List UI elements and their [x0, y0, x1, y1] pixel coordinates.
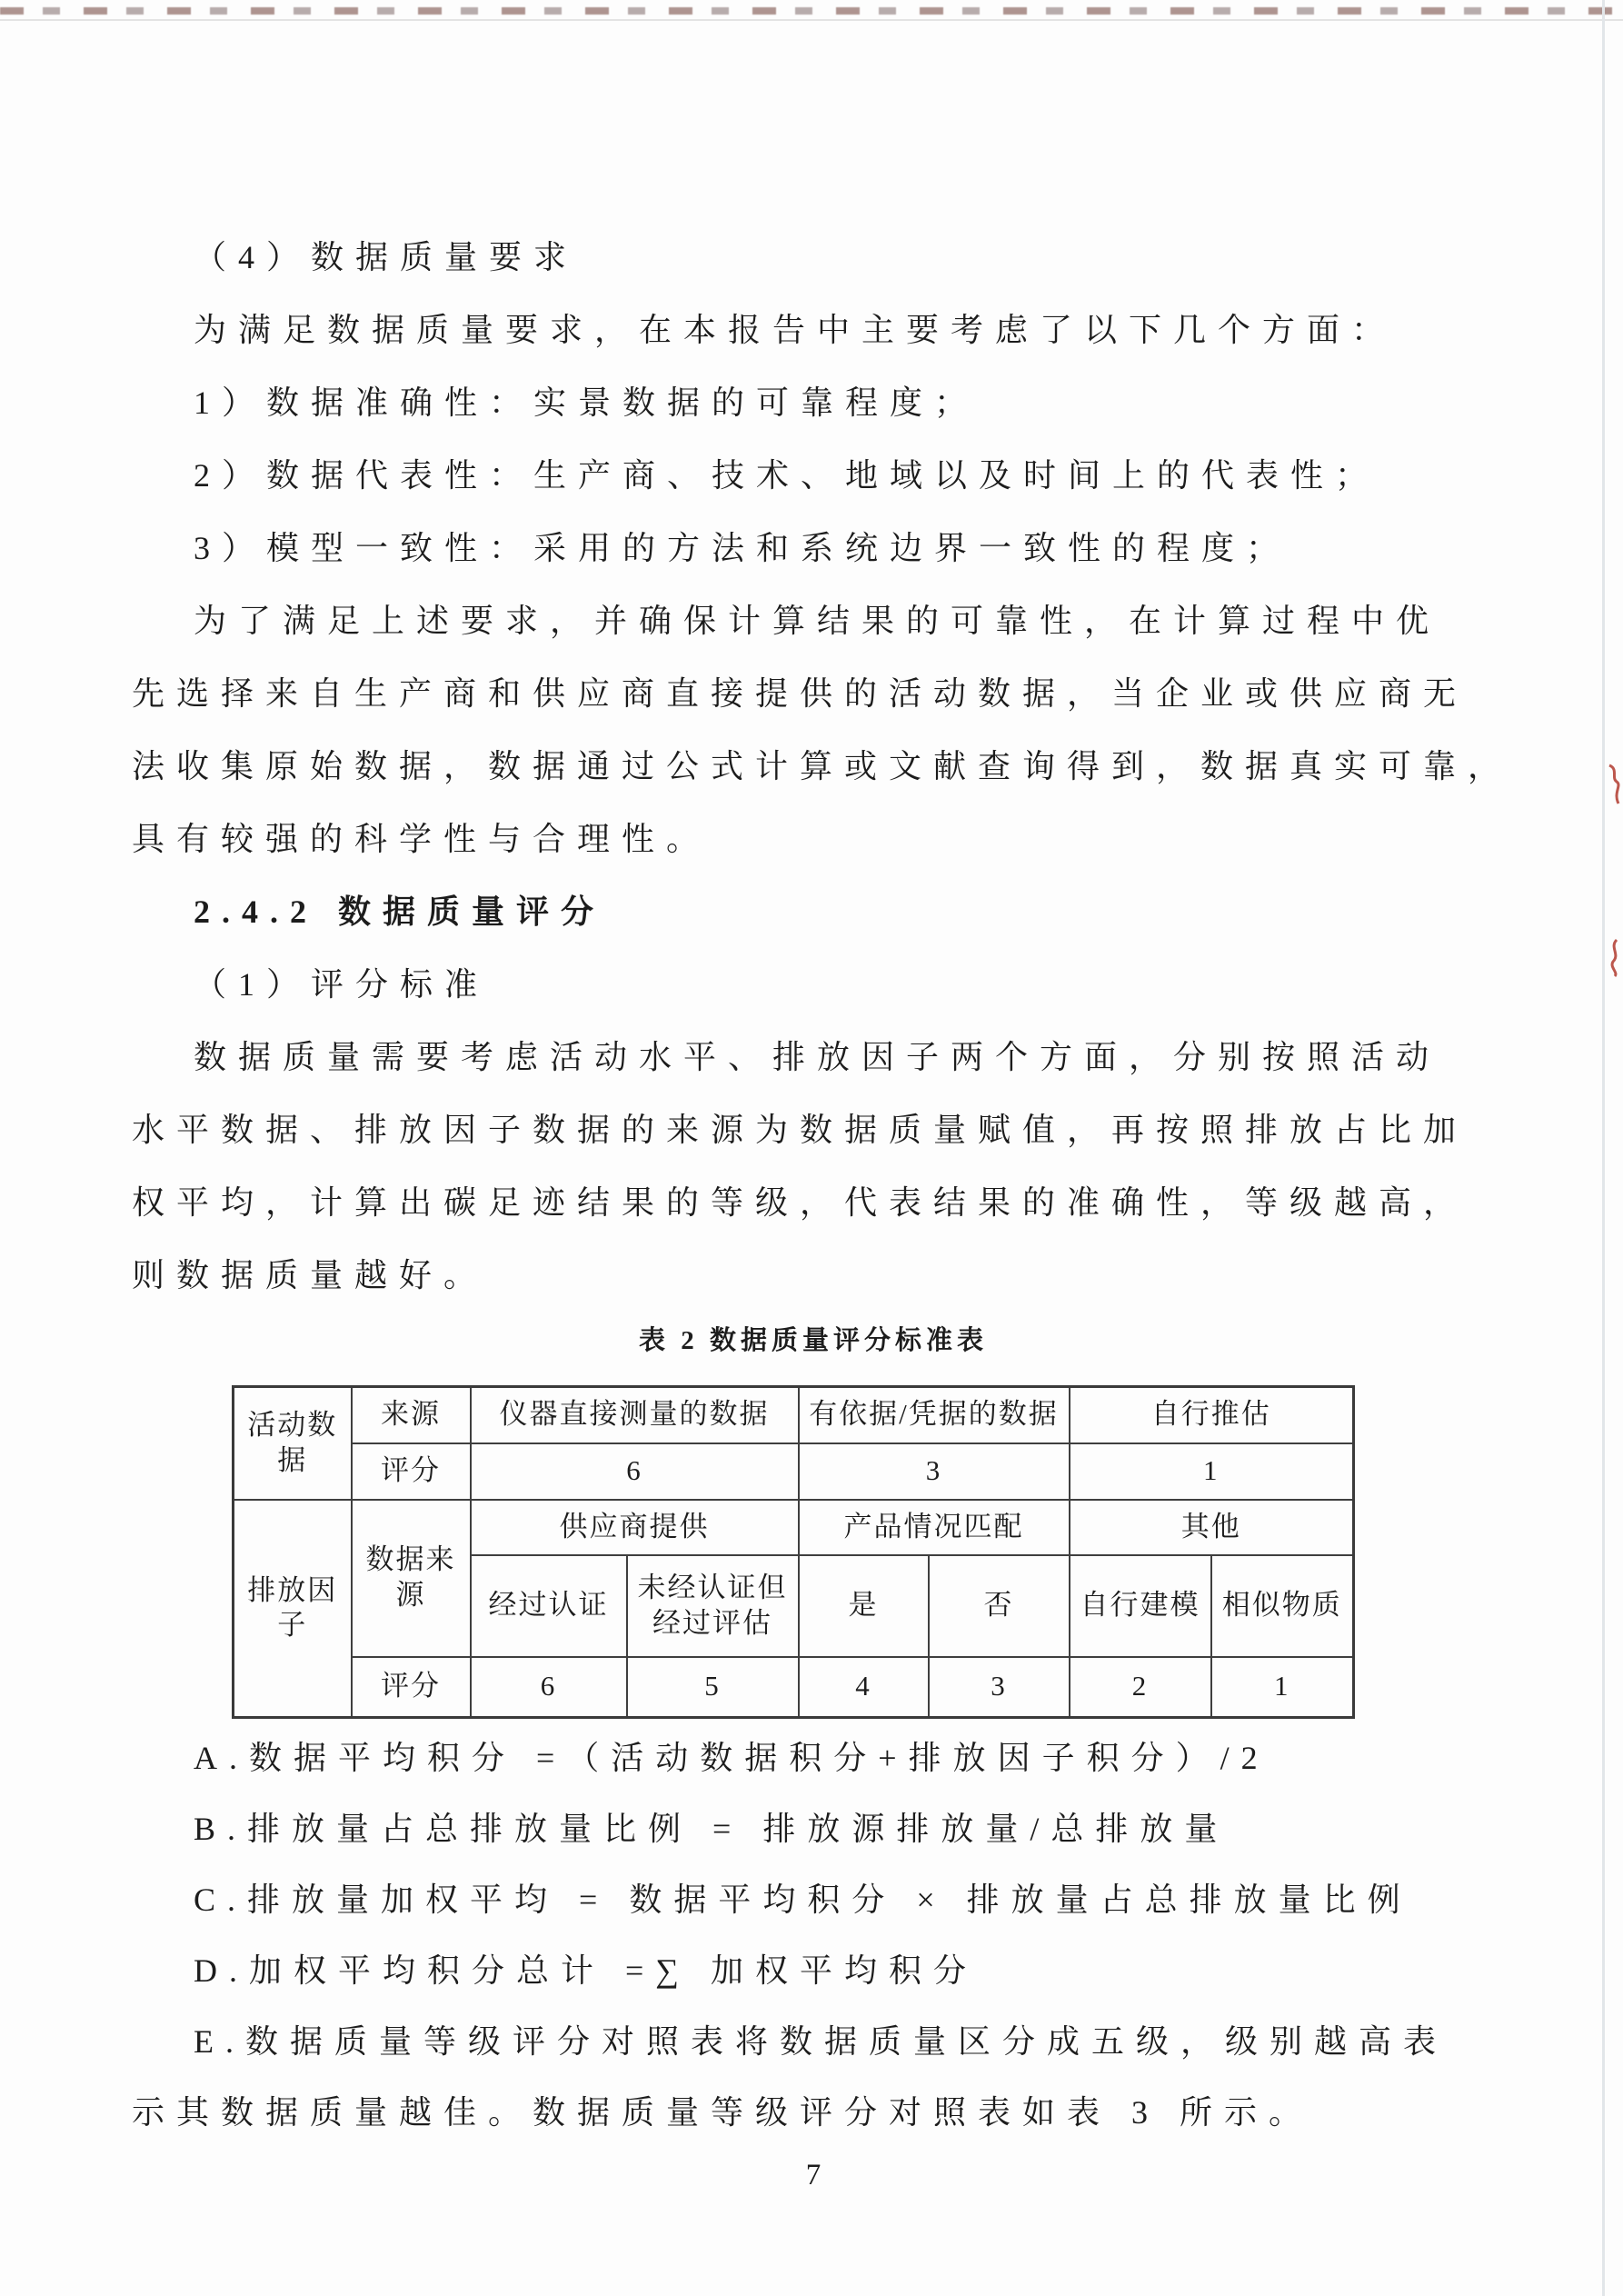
cell-activity-source-measured: 仪器直接测量的数据 [471, 1387, 799, 1443]
cell-sub-yes: 是 [799, 1555, 929, 1657]
formula-e-line-1: E.数据质量等级评分对照表将数据质量区分成五级，级别越高表 [132, 2006, 1495, 2077]
cell-sub-uncertified-assessed: 未经认证但经过评估 [627, 1555, 799, 1657]
cell-emission-score-6: 6 [471, 1657, 627, 1718]
paragraph-line: 为满足数据质量要求，在本报告中主要考虑了以下几个方面： [132, 294, 1495, 366]
paragraph-line: 具有较强的科学性与合理性。 [132, 803, 1495, 875]
cell-group-product-match: 产品情况匹配 [799, 1500, 1070, 1555]
cell-activity-source-estimated: 自行推估 [1070, 1387, 1354, 1443]
cell-activity-score-1: 1 [1070, 1443, 1354, 1500]
formula-list: A.数据平均积分 =（活动数据积分+排放因子积分）/2 B.排放量占总排放量比例… [132, 1722, 1495, 2148]
heading-2-4-2-data-quality-scoring: 2.4.2 数据质量评分 [132, 875, 1495, 948]
cell-activity-source-evidence: 有依据/凭据的数据 [799, 1387, 1070, 1443]
data-quality-score-table: 活动数据 来源 仪器直接测量的数据 有依据/凭据的数据 自行推估 评分 6 3 … [232, 1385, 1355, 1719]
formula-a: A.数据平均积分 =（活动数据积分+排放因子积分）/2 [132, 1722, 1495, 1793]
cell-emission-score-2: 2 [1070, 1657, 1211, 1718]
text-body: （4）数据质量要求 为满足数据质量要求，在本报告中主要考虑了以下几个方面： 1）… [132, 221, 1495, 2195]
cell-group-supplier-provided: 供应商提供 [471, 1500, 799, 1555]
cell-data-source-label: 数据来源 [352, 1500, 471, 1657]
list-item-2: 2）数据代表性：生产商、技术、地域以及时间上的代表性； [132, 439, 1495, 512]
page-number: 7 [132, 2155, 1495, 2195]
cell-emission-score-4: 4 [799, 1657, 929, 1718]
red-pen-mark-icon [1608, 938, 1622, 983]
cell-activity-score-3: 3 [799, 1443, 1070, 1500]
cell-emission-score-5: 5 [627, 1657, 799, 1718]
cell-score-label: 评分 [352, 1443, 471, 1500]
cell-sub-similar-substance: 相似物质 [1211, 1555, 1354, 1657]
cell-emission-score-1: 1 [1211, 1657, 1354, 1718]
paragraph-line: 水平数据、排放因子数据的来源为数据质量赋值，再按照排放占比加 [132, 1093, 1495, 1166]
cell-sub-self-modeled: 自行建模 [1070, 1555, 1211, 1657]
paragraph-line: 权平均，计算出碳足迹结果的等级，代表结果的准确性，等级越高， [132, 1166, 1495, 1239]
heading-4-data-quality-requirements: （4）数据质量要求 [132, 221, 1495, 294]
paragraph-line: 则数据质量越好。 [132, 1239, 1495, 1312]
cell-sub-certified: 经过认证 [471, 1555, 627, 1657]
paragraph-line: 先选择来自生产商和供应商直接提供的活动数据，当企业或供应商无 [132, 657, 1495, 730]
table-2-caption: 表 2 数据质量评分标准表 [132, 1312, 1495, 1370]
list-item-1: 1）数据准确性：实景数据的可靠程度； [132, 366, 1495, 439]
scan-artifact-top-dashes [0, 7, 1623, 15]
scan-artifact-top-line [0, 19, 1623, 21]
formula-d: D.加权平均积分总计 =∑ 加权平均积分 [132, 1935, 1495, 2006]
scan-artifact-right-edge-line [1602, 0, 1605, 2296]
cell-emission-score-3: 3 [929, 1657, 1070, 1718]
cell-activity-score-6: 6 [471, 1443, 799, 1500]
paragraph-line: 法收集原始数据，数据通过公式计算或文献查询得到，数据真实可靠， [132, 730, 1495, 803]
paragraph-line: 为了满足上述要求，并确保计算结果的可靠性，在计算过程中优 [132, 584, 1495, 657]
document-page: （4）数据质量要求 为满足数据质量要求，在本报告中主要考虑了以下几个方面： 1）… [0, 0, 1623, 2296]
cell-source-label: 来源 [352, 1387, 471, 1443]
paragraph-line: 数据质量需要考虑活动水平、排放因子两个方面，分别按照活动 [132, 1021, 1495, 1093]
formula-e-line-2: 示其数据质量越佳。数据质量等级评分对照表如表 3 所示。 [132, 2077, 1495, 2148]
formula-b: B.排放量占总排放量比例 = 排放源排放量/总排放量 [132, 1793, 1495, 1864]
cell-emission-factor-label: 排放因子 [234, 1500, 352, 1718]
formula-c: C.排放量加权平均 = 数据平均积分 × 排放量占总排放量比例 [132, 1864, 1495, 1935]
subheading-scoring-criteria: （1）评分标准 [132, 948, 1495, 1021]
cell-group-other: 其他 [1070, 1500, 1354, 1555]
list-item-3: 3）模型一致性：采用的方法和系统边界一致性的程度； [132, 512, 1495, 584]
cell-sub-no: 否 [929, 1555, 1070, 1657]
cell-score-label: 评分 [352, 1657, 471, 1718]
cell-activity-data-label: 活动数据 [234, 1387, 352, 1500]
red-pen-mark-icon [1606, 764, 1622, 810]
